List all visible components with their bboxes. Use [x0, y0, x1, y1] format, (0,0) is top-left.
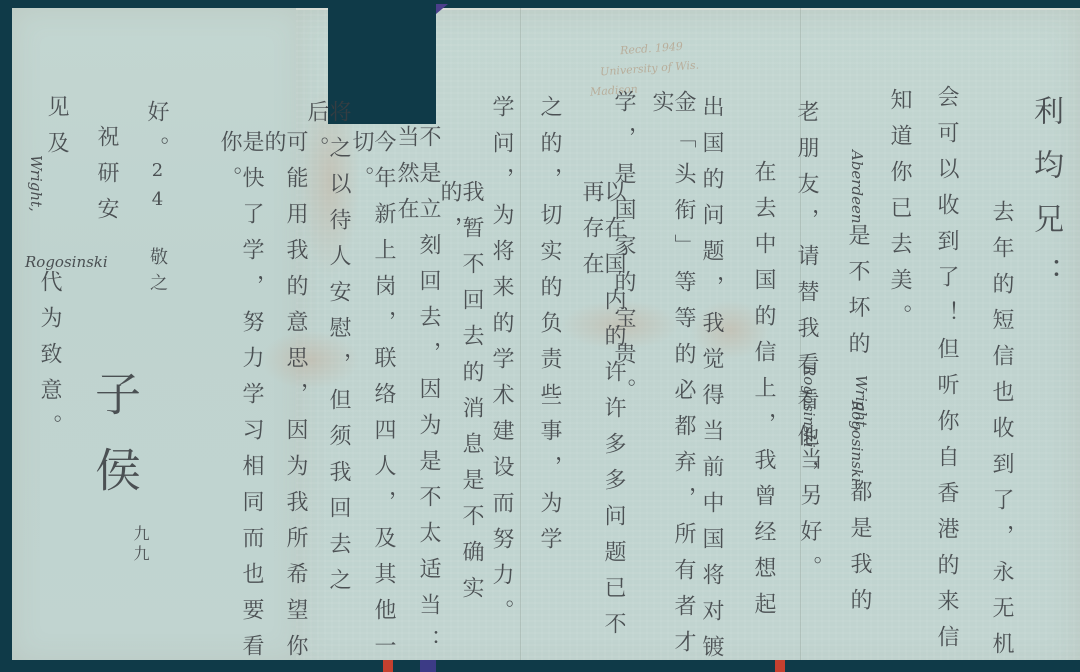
letter-column-18: 是快了学，努力学习相同而也要看你。: [218, 130, 262, 672]
letter-postscript-names: Wright,: [25, 155, 47, 212]
letter-column-16: 将之以待人安慰，但须我回去之后。: [305, 100, 349, 672]
letter-column-14: 不是立刻回去，因为是不太适当：当然在: [395, 125, 439, 672]
letter-column-4c: 都是我的: [848, 480, 870, 624]
letter-column-5b: Rogosinski当另好。: [798, 365, 820, 592]
letter-column-8: 金「头衔」等等的必都弃，所有者才实: [650, 90, 694, 672]
letter-column-13: 我暂不回去的消息是不确实的，: [438, 180, 482, 672]
letter-column-3: 知道你已去美。: [888, 88, 910, 340]
letter-closing-greeting: 祝研安: [95, 125, 117, 233]
letter-column-12: 学问，为将来的学术建设而努力。: [490, 95, 512, 635]
letter-column-2: 会可以收到了！但听你自香港的来信: [935, 85, 957, 661]
letter-column-7: 出国的问题，我觉得当前中国将对镀: [700, 95, 722, 671]
letter-salutation: 利均兄：: [1030, 95, 1060, 311]
paper-fold-line: [520, 8, 521, 662]
letter-column-17: 可能用我的意思，因为我所希望你的: [262, 130, 306, 672]
letter-column-10: 以在国内的许许多多问题已不再存在: [580, 180, 624, 672]
letter-date-marker: 九九: [132, 525, 148, 565]
envelope-edge-red: [775, 660, 785, 672]
letter-postscript-end: 代为致意。: [38, 270, 60, 450]
letter-column-15: 今年新上岗，联络四人，及其他一切。: [350, 130, 394, 672]
letter-postscript-start: 见及: [45, 95, 67, 167]
letter-column-3b: Aberdeen是不坏的: [846, 150, 868, 368]
letter-closing-extra: 24 敬之: [148, 160, 166, 299]
letter-column-1: 去年的短信也收到了，永无机: [990, 200, 1012, 668]
letter-column-4b: Rogosinski: [846, 400, 868, 483]
letter-postscript-name2: Rogosinski: [25, 250, 108, 272]
letter-column-6: 在去中国的信上，我曾经想起: [752, 160, 774, 628]
envelope-edge-corner: [436, 4, 448, 14]
background-bottom-edge: [0, 660, 1080, 672]
letter-signature: 子侯: [92, 370, 138, 522]
letter-column-11: 之的，切实的负责些事，为学: [538, 95, 560, 563]
